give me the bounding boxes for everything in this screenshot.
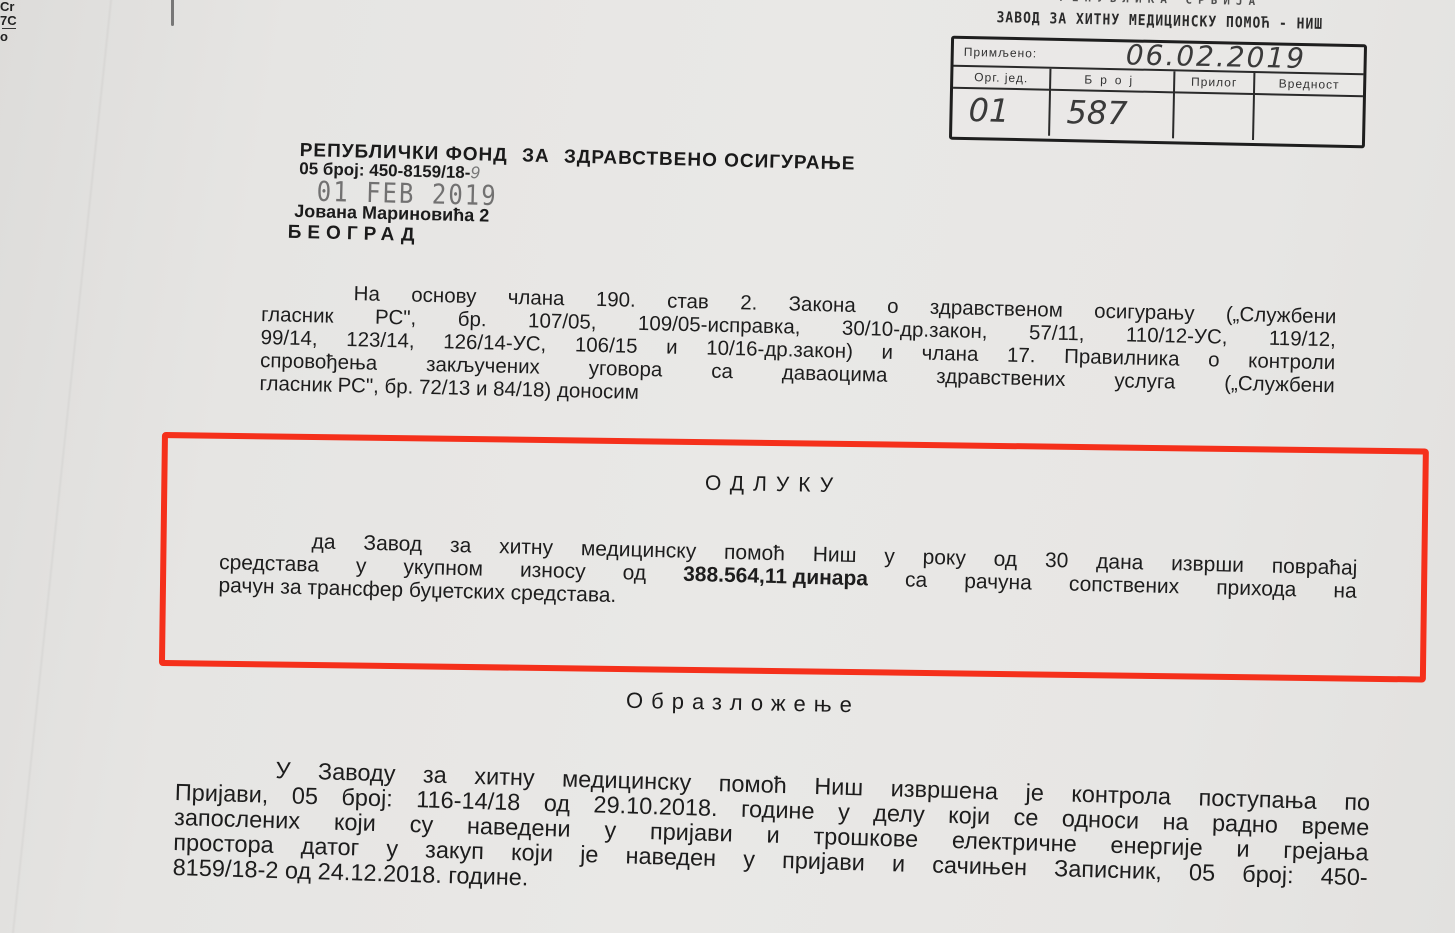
word: помоћ (718, 771, 787, 798)
word: У (275, 758, 291, 783)
word: о (1208, 348, 1220, 371)
word: рачуна (964, 570, 1032, 595)
stamp-header: РЕПУБЛИКА СРБИЈА ЗАВОД ЗА ХИТНУ МЕДИЦИНС… (960, 0, 1361, 33)
word: 107/05, (528, 309, 597, 334)
word: наведен (625, 843, 716, 871)
word: који (948, 803, 991, 829)
word: и (766, 823, 780, 848)
word: 30 (1045, 549, 1069, 573)
word: број: (341, 785, 393, 812)
word: закључених (426, 353, 540, 379)
word: 123/14, (346, 328, 415, 353)
stamp-col-number: Број 587 (1050, 69, 1175, 139)
adjacent-page-fragment: Cr 7C o (0, 0, 17, 44)
word: су (409, 812, 433, 838)
word: услуга (1114, 369, 1175, 393)
word: 450- (1320, 864, 1368, 890)
word: 99/14, (260, 326, 318, 350)
word: од (622, 561, 646, 585)
word: здравствених (936, 365, 1066, 391)
stamp-col-label: Орг. јед. (953, 67, 1049, 91)
edge-fragment: 7C (0, 14, 17, 28)
word: у (838, 800, 850, 825)
word: и (666, 336, 678, 359)
word: пријави (782, 848, 866, 875)
stamp-institution: ЗАВОД ЗА ХИТНУ МЕДИЦИНСКУ ПОМОЋ - НИШ (960, 9, 1360, 35)
word: средстава (219, 551, 319, 577)
word: РС", (375, 306, 417, 330)
word: 110/12-УС, (1126, 323, 1228, 348)
word: о (887, 295, 899, 318)
word: време (1301, 813, 1370, 840)
word: Ниш (812, 543, 856, 567)
word: са (905, 568, 928, 592)
word: се (1013, 805, 1039, 831)
word: Закона (788, 292, 856, 317)
word: са (711, 360, 733, 384)
word: Ниш (814, 774, 864, 800)
word: у (884, 545, 895, 568)
word: број: (1242, 862, 1294, 889)
word: укупном (403, 556, 483, 581)
word: спровођења (260, 349, 378, 375)
word: у (386, 836, 398, 861)
word: хитну (474, 764, 535, 791)
word: На (353, 282, 380, 306)
stamp-col-label: Број (1051, 69, 1173, 94)
reasoning-paragraph: УЗаводузахитнумедицинскупомоћНишизвршена… (172, 755, 1370, 915)
word: 05 (1189, 860, 1216, 886)
word: 57/11, (1029, 321, 1085, 345)
word: од (543, 791, 570, 817)
edge-underline (2, 28, 16, 29)
stamp-col-attachment: Прилог (1174, 71, 1255, 140)
word: у (604, 818, 616, 843)
word: износу (520, 559, 586, 584)
word: гласник (261, 303, 334, 328)
word: члана (507, 286, 564, 310)
receipt-stamp: Примљено: 06.02.2019 Орг. јед. 01 Број 5… (949, 36, 1367, 149)
word: медицинску (562, 766, 692, 795)
word: сопствених (1069, 573, 1180, 599)
word: хитну (499, 535, 554, 559)
word: и (881, 341, 893, 364)
word: делу (873, 801, 925, 828)
letterhead: РЕПУБЛИЧКИ ФОНД ЗА ЗДРАВСТВЕНО ОСИГУРАЊЕ… (297, 140, 855, 258)
word: и (1236, 837, 1250, 862)
word: од (993, 548, 1017, 572)
word: по (1344, 790, 1371, 816)
word: изврши (1171, 552, 1244, 577)
word: прихода (1216, 576, 1297, 601)
word: у (743, 847, 755, 872)
reasoning-heading: Образложење (626, 688, 860, 718)
word: који (511, 840, 554, 866)
word: односи (1062, 806, 1140, 833)
word: члана (921, 342, 978, 366)
word: грејања (1283, 838, 1369, 866)
word: 106/15 (575, 333, 638, 357)
word: и (892, 851, 906, 876)
word: да (311, 530, 336, 554)
word: 119/12, (1269, 327, 1336, 352)
word: на (1333, 579, 1357, 603)
word: је (580, 842, 599, 868)
stamp-columns: Орг. јед. 01 Број 587 Прилог Вредност (952, 67, 1363, 143)
word: 126/14-УС, (443, 330, 547, 355)
word: Правилника (1064, 345, 1180, 371)
stamp-col-value: 587 (1050, 91, 1173, 136)
edge-fragment: Cr (0, 0, 17, 14)
stamp-col-label: Прилог (1175, 71, 1253, 95)
word: је (1025, 780, 1044, 806)
paper-fold (11, 0, 113, 933)
word: закуп (425, 837, 485, 864)
word: („Службени (1226, 303, 1337, 329)
institution-name-part: ЗА (522, 145, 550, 167)
word: дана (1096, 550, 1144, 574)
word: 109/05-исправка, (638, 312, 801, 339)
word: медицинску (581, 537, 697, 563)
word: 10/16-др.закон) (706, 336, 853, 362)
word: року (922, 546, 966, 570)
word: Заводу (318, 759, 396, 786)
word: Записник, (1054, 856, 1162, 884)
word: Завод (363, 532, 422, 556)
amount: 388.564,11 динара (683, 563, 868, 591)
word: здравственом (930, 296, 1063, 322)
stamp-received-date: 06.02.2019 (1125, 38, 1306, 75)
word: на (1162, 809, 1189, 835)
word: („Службени (1224, 372, 1335, 398)
stamp-col-value-amount: Вредност (1254, 73, 1363, 142)
word: сачињен (932, 852, 1028, 880)
word: године (741, 797, 815, 824)
word: став (667, 290, 709, 314)
word: даваоцима (782, 361, 888, 386)
word: за (423, 762, 448, 788)
word: 30/10-др.закон, (842, 317, 988, 343)
stamp-col-label: Вредност (1255, 73, 1363, 97)
decision-heading: ОДЛУКУ (705, 472, 842, 498)
edge-fragment: o (0, 30, 17, 44)
word: 2. (740, 291, 758, 314)
word: повраћај (1271, 555, 1357, 580)
stamp-col-org-unit: Орг. јед. 01 (952, 67, 1051, 136)
word: у (356, 554, 367, 577)
word: 05 (291, 783, 318, 809)
word: уговора (588, 357, 662, 382)
word: за (450, 534, 472, 558)
stamp-col-value: 01 (952, 89, 1049, 133)
word: основу (411, 284, 477, 309)
word: помоћ (724, 541, 785, 566)
document-page: Cr 7C o РЕПУБЛИКА СРБИЈА ЗАВОД ЗА ХИТНУ … (0, 0, 1455, 933)
word: радно (1212, 811, 1279, 838)
stamp-received-label: Примљено: (964, 45, 1038, 61)
binder-pin (171, 0, 174, 26)
word: датог (300, 834, 359, 861)
legal-basis-paragraph: Наосновучлана190.став2.Законаоздравствен… (259, 280, 1336, 420)
word: 190. (596, 288, 636, 312)
word: бр. (457, 308, 486, 332)
word: 17. (1007, 344, 1036, 368)
word: осигурању (1094, 300, 1195, 325)
word: контроли (1248, 349, 1336, 374)
word: који (334, 810, 377, 836)
word: пријави (650, 819, 734, 846)
